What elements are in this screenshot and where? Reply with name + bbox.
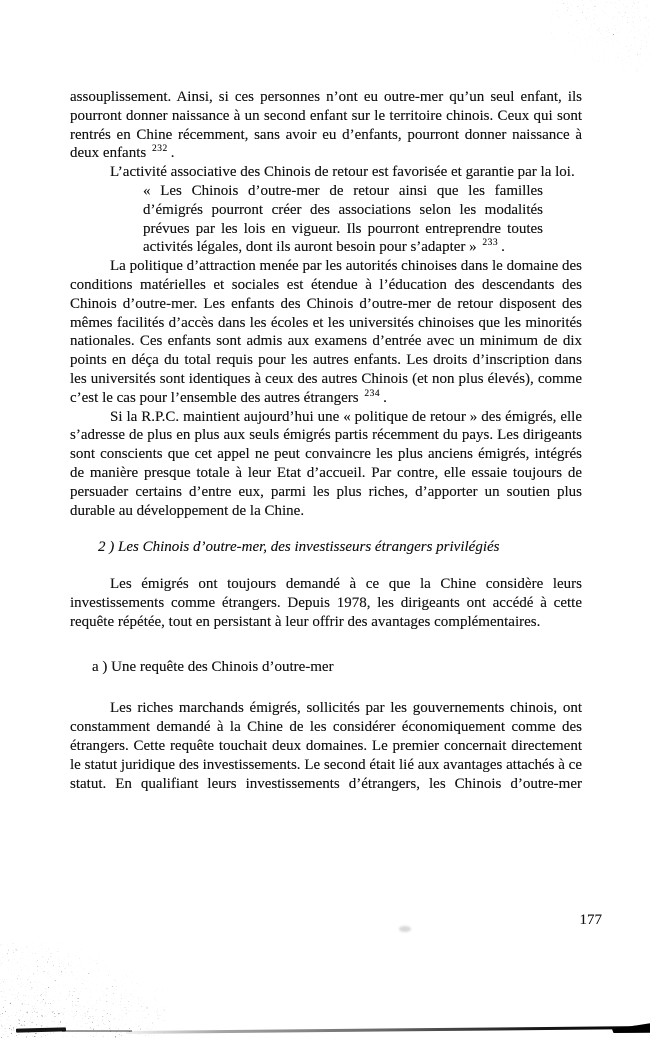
paragraph: Si la R.P.C. maintient aujourd’hui une «… xyxy=(70,408,582,521)
paragraph-continues-next-page: Les riches marchands émigrés, sollicités… xyxy=(70,699,582,793)
paragraph: La politique d’attraction menée par les … xyxy=(70,257,582,407)
footnote-ref-234: 234 xyxy=(364,389,380,399)
sentence-period: . xyxy=(171,145,175,161)
paragraph-text: assouplissement. Ainsi, si ces personnes… xyxy=(70,89,582,161)
scan-noise-bottom-left xyxy=(0,943,165,1038)
sentence-period: . xyxy=(383,390,387,406)
scan-line-bottom-edge xyxy=(126,1026,650,1034)
footnote-ref-233: 233 xyxy=(482,238,498,248)
footnote-ref-232: 232 xyxy=(152,144,168,154)
subsection-heading-a: a ) Une requête des Chinois d’outre-mer xyxy=(92,658,582,677)
scanned-book-page: assouplissement. Ainsi, si ces personnes… xyxy=(0,0,650,1038)
page-text-block: assouplissement. Ainsi, si ces personnes… xyxy=(70,88,582,793)
paragraph: L’activité associative des Chinois de re… xyxy=(70,163,582,182)
section-heading-2: 2 ) Les Chinois d’outre-mer, des investi… xyxy=(98,538,582,557)
blockquote-citation: « Les Chinois d’outre-mer de retour ains… xyxy=(143,182,543,257)
paragraph-text: La politique d’attraction menée par les … xyxy=(70,258,582,406)
paragraph: Les émigrés ont toujours demandé à ce qu… xyxy=(70,575,582,631)
page-number: 177 xyxy=(70,912,602,929)
scan-noise-top-right xyxy=(550,0,650,72)
scan-smudge-spot xyxy=(399,926,411,932)
sentence-period: . xyxy=(501,239,505,255)
paragraph-continued-from-previous-page: assouplissement. Ainsi, si ces personnes… xyxy=(70,88,582,163)
scan-mark-bottom-left-faint xyxy=(62,1030,132,1032)
